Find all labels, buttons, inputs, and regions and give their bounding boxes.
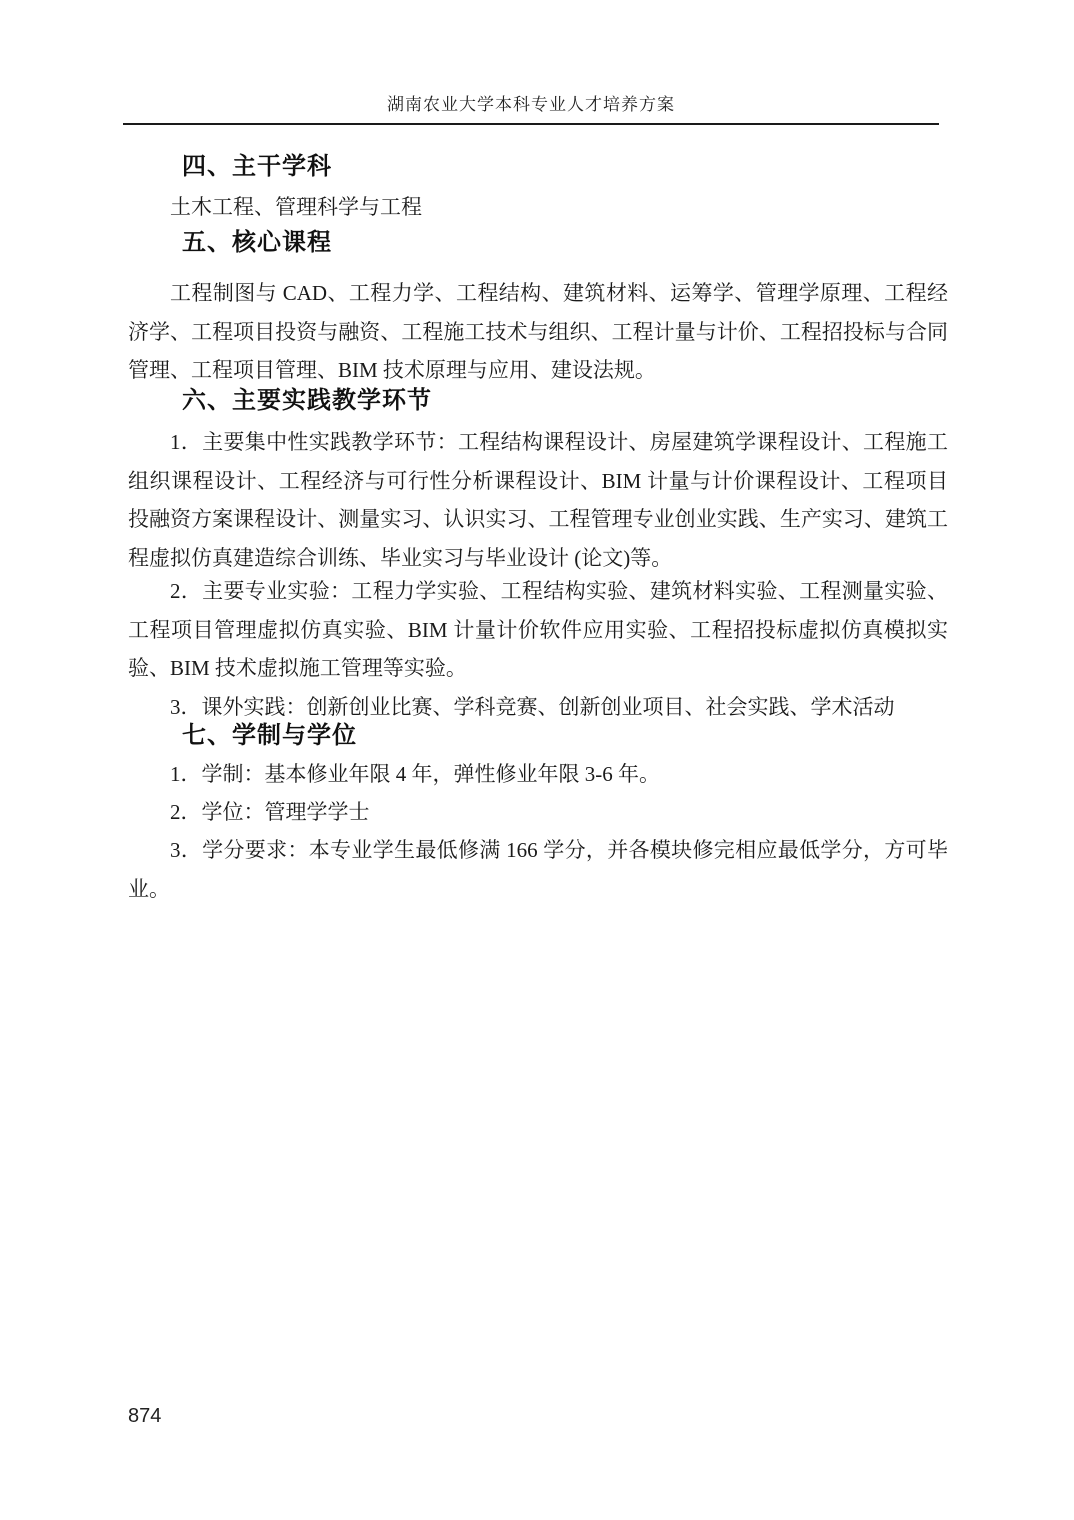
- header-rule: [123, 123, 939, 125]
- section-heading-schooling-degree: 七、学制与学位: [182, 721, 357, 751]
- paragraph-practice-item-1: 1．主要集中性实践教学环节：工程结构课程设计、房屋建筑学课程设计、工程施工组织课…: [128, 423, 948, 578]
- page-header-title: 湖南农业大学本科专业人才培养方案: [123, 94, 939, 116]
- paragraph-practice-item-2: 2．主要专业实验：工程力学实验、工程结构实验、建筑材料实验、工程测量实验、工程项…: [128, 572, 948, 688]
- section-heading-main-subjects: 四、主干学科: [182, 152, 332, 182]
- section-heading-practice-teaching: 六、主要实践教学环节: [182, 386, 432, 416]
- page-number: 874: [128, 1404, 161, 1428]
- section-heading-core-courses: 五、核心课程: [182, 228, 332, 258]
- paragraph-schooling-item-3: 3．学分要求：本专业学生最低修满 166 学分，并各模块修完相应最低学分，方可毕…: [128, 831, 948, 908]
- document-page: 湖南农业大学本科专业人才培养方案 四、主干学科 土木工程、管理科学与工程 五、核…: [0, 0, 1074, 1520]
- paragraph-core-courses: 工程制图与 CAD、工程力学、工程结构、建筑材料、运筹学、管理学原理、工程经济学…: [128, 274, 948, 390]
- paragraph-main-subjects: 土木工程、管理科学与工程: [128, 188, 948, 227]
- paragraph-schooling-item-1: 1．学制：基本修业年限 4 年，弹性修业年限 3-6 年。: [128, 755, 948, 794]
- paragraph-schooling-item-2: 2．学位：管理学学士: [128, 793, 948, 832]
